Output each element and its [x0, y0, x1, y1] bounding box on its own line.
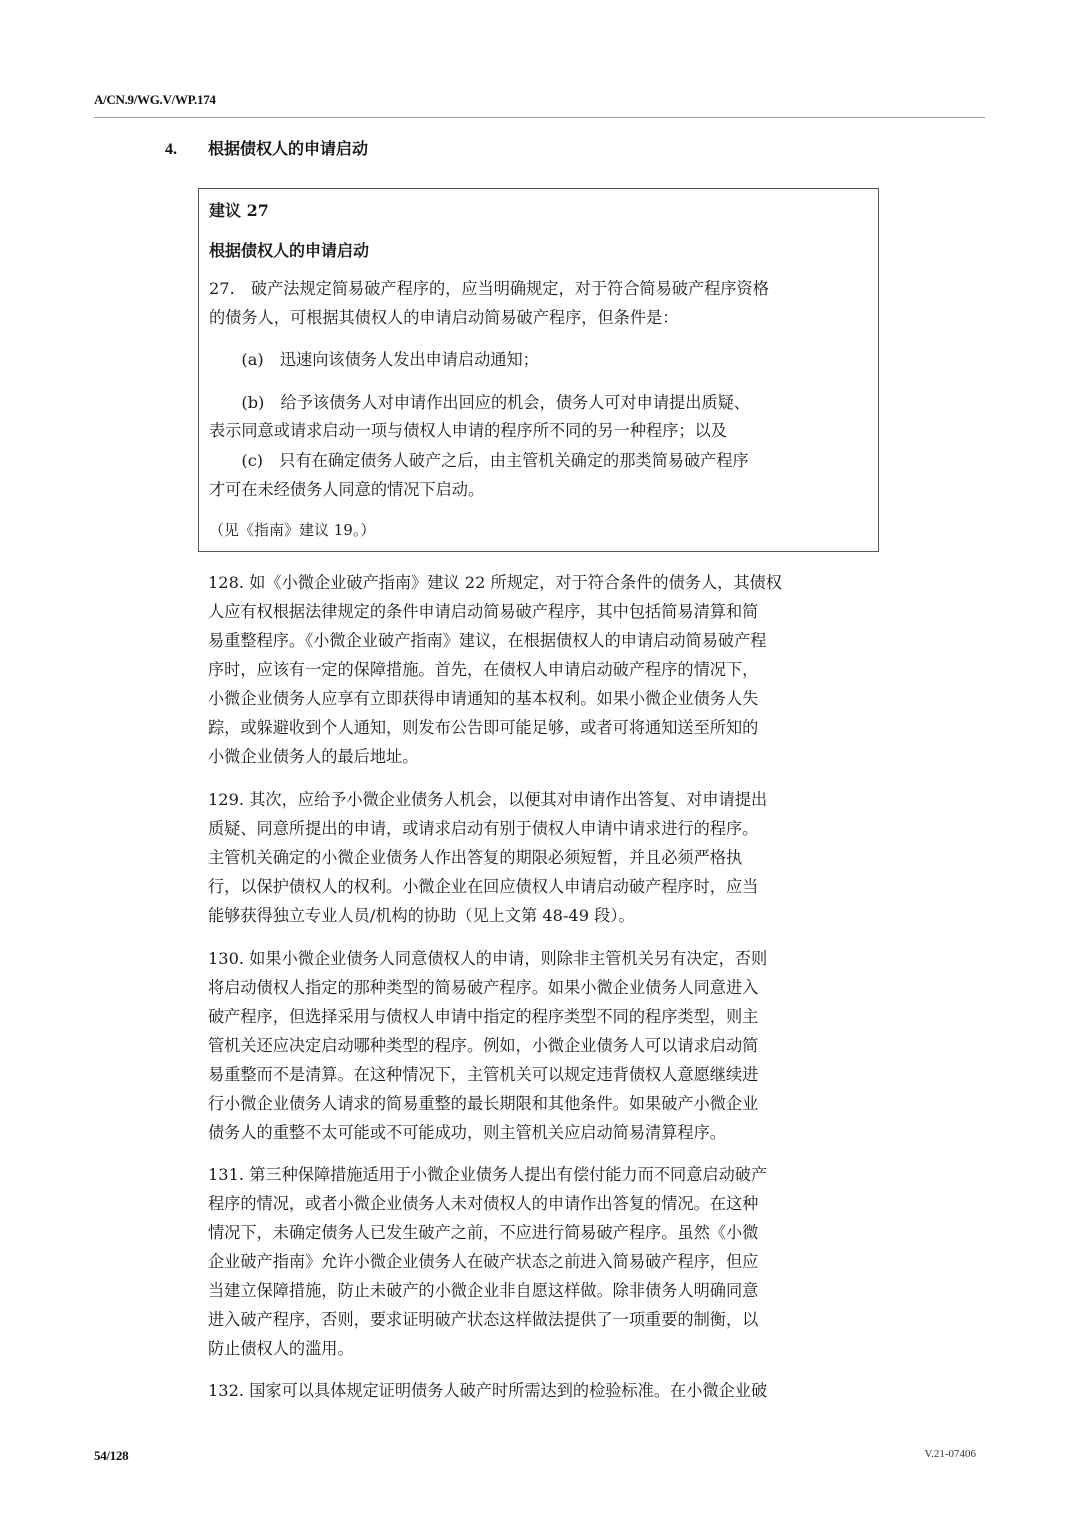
paragraph-line: 将启动债权人指定的那种类型的简易破产程序。如果小微企业债务人同意进入	[208, 978, 758, 998]
recommendation-line: 表示同意或请求启动一项与债权人申请的程序所不同的另一种程序；以及	[209, 421, 727, 441]
section-title: 根据债权人的申请启动	[208, 139, 368, 158]
recommendation-line: 的债务人，可根据其债权人的申请启动简易破产程序，但条件是：	[209, 308, 678, 328]
paragraph-line: 破产程序，但选择采用与债权人申请中指定的程序类型不同的程序类型，则主	[208, 1007, 758, 1027]
paragraph-line: 人应有权根据法律规定的条件申请启动简易破产程序，其中包括简易清算和简	[208, 602, 758, 622]
paragraph-line: 行小微企业债务人请求的简易重整的最长期限和其他条件。如果破产小微企业	[208, 1094, 758, 1114]
section-heading: 4.根据债权人的申请启动	[165, 136, 368, 159]
recommendation-box: 建议 27 根据债权人的申请启动 27. 破产法规定简易破产程序的，应当明确规定…	[198, 188, 879, 552]
paragraph-line: 债务人的重整不太可能或不可能成功，则主管机关应启动简易清算程序。	[208, 1123, 726, 1143]
recommendation-line: 27. 破产法规定简易破产程序的，应当明确规定，对于符合简易破产程序资格	[209, 279, 769, 299]
paragraph-line: 进入破产程序，否则，要求证明破产状态这样做法提供了一项重要的制衡，以	[208, 1310, 758, 1330]
paragraph-line: 能够获得独立专业人员/机构的协助（见上文第 48-49 段）。	[208, 906, 635, 926]
paragraph-line: 130. 如果小微企业债务人同意债权人的申请，则除非主管机关另有决定，否则	[208, 949, 767, 969]
paragraph-line: 序时，应该有一定的保障措施。首先，在债权人申请启动破产程序的情况下，	[208, 660, 758, 680]
paragraph-line: 质疑、同意所提出的申请，或请求启动有别于债权人申请中请求进行的程序。	[208, 819, 758, 839]
header-divider	[94, 117, 985, 118]
section-number: 4.	[165, 141, 208, 159]
paragraph-line: 主管机关确定的小微企业债务人作出答复的期限必须短暂，并且必须严格执	[208, 848, 742, 868]
paragraph-line: 防止债权人的滥用。	[208, 1339, 354, 1359]
paragraph-line: 131. 第三种保障措施适用于小微企业债务人提出有偿付能力而不同意启动破产	[208, 1165, 767, 1185]
paragraph-line: 132. 国家可以具体规定证明债务人破产时所需达到的检验标准。在小微企业破	[208, 1381, 767, 1401]
recommendation-item-c: (c) 只有在确定债务人破产之后，由主管机关确定的那类简易破产程序	[209, 451, 749, 471]
paragraph-line: 管机关还应决定启动哪种类型的程序。例如，小微企业债务人可以请求启动简	[208, 1036, 758, 1056]
paragraph-line: 易重整而不是清算。在这种情况下，主管机关可以规定违背债权人意愿继续进	[208, 1065, 758, 1085]
paragraph-line: 当建立保障措施，防止未破产的小微企业非自愿这样做。除非债务人明确同意	[208, 1281, 758, 1301]
paragraph-line: 129. 其次，应给予小微企业债务人机会，以便其对申请作出答复、对申请提出	[208, 790, 767, 810]
paragraph-line: 易重整程序。《小微企业破产指南》建议，在根据债权人的申请启动简易破产程	[208, 631, 766, 651]
recommendation-item-b: (b) 给予该债务人对申请作出回应的机会，债务人可对申请提出质疑、	[209, 393, 750, 413]
paragraph-line: 小微企业债务人的最后地址。	[208, 747, 418, 767]
page-header: A/CN.9/WG.V/WP.174	[94, 92, 985, 112]
paragraph-line: 踪，或躲避收到个人通知，则发布公告即可能足够，或者可将通知送至所知的	[208, 718, 758, 738]
paragraph-line: 企业破产指南》允许小微企业债务人在破产状态之前进入简易破产程序，但应	[208, 1252, 758, 1272]
document-symbol: A/CN.9/WG.V/WP.174	[94, 92, 985, 112]
paragraph-line: 情况下，未确定债务人已发生破产之前，不应进行简易破产程序。虽然《小微	[208, 1223, 758, 1243]
paragraph-line: 程序的情况，或者小微企业债务人未对债权人的申请作出答复的情况。在这种	[208, 1194, 758, 1214]
recommendation-item-a: (a) 迅速向该债务人发出申请启动通知；	[209, 350, 539, 370]
recommendation-reference: （见《指南》建议 19。）	[209, 520, 375, 540]
paragraph-line: 行，以保护债权人的权利。小微企业在回应债权人申请启动破产程序时，应当	[208, 877, 758, 897]
recommendation-line: 才可在未经债务人同意的情况下启动。	[209, 480, 484, 500]
recommendation-title: 建议 27	[209, 198, 269, 221]
paragraph-line: 小微企业债务人应享有立即获得申请通知的基本权利。如果小微企业债务人失	[208, 689, 758, 709]
page-number: 54/128	[94, 1448, 128, 1464]
recommendation-subtitle: 根据债权人的申请启动	[209, 238, 369, 261]
paragraph-line: 128. 如《小微企业破产指南》建议 22 所规定，对于符合条件的债务人，其债权	[208, 573, 782, 593]
document-code: V.21-07406	[925, 1448, 976, 1460]
